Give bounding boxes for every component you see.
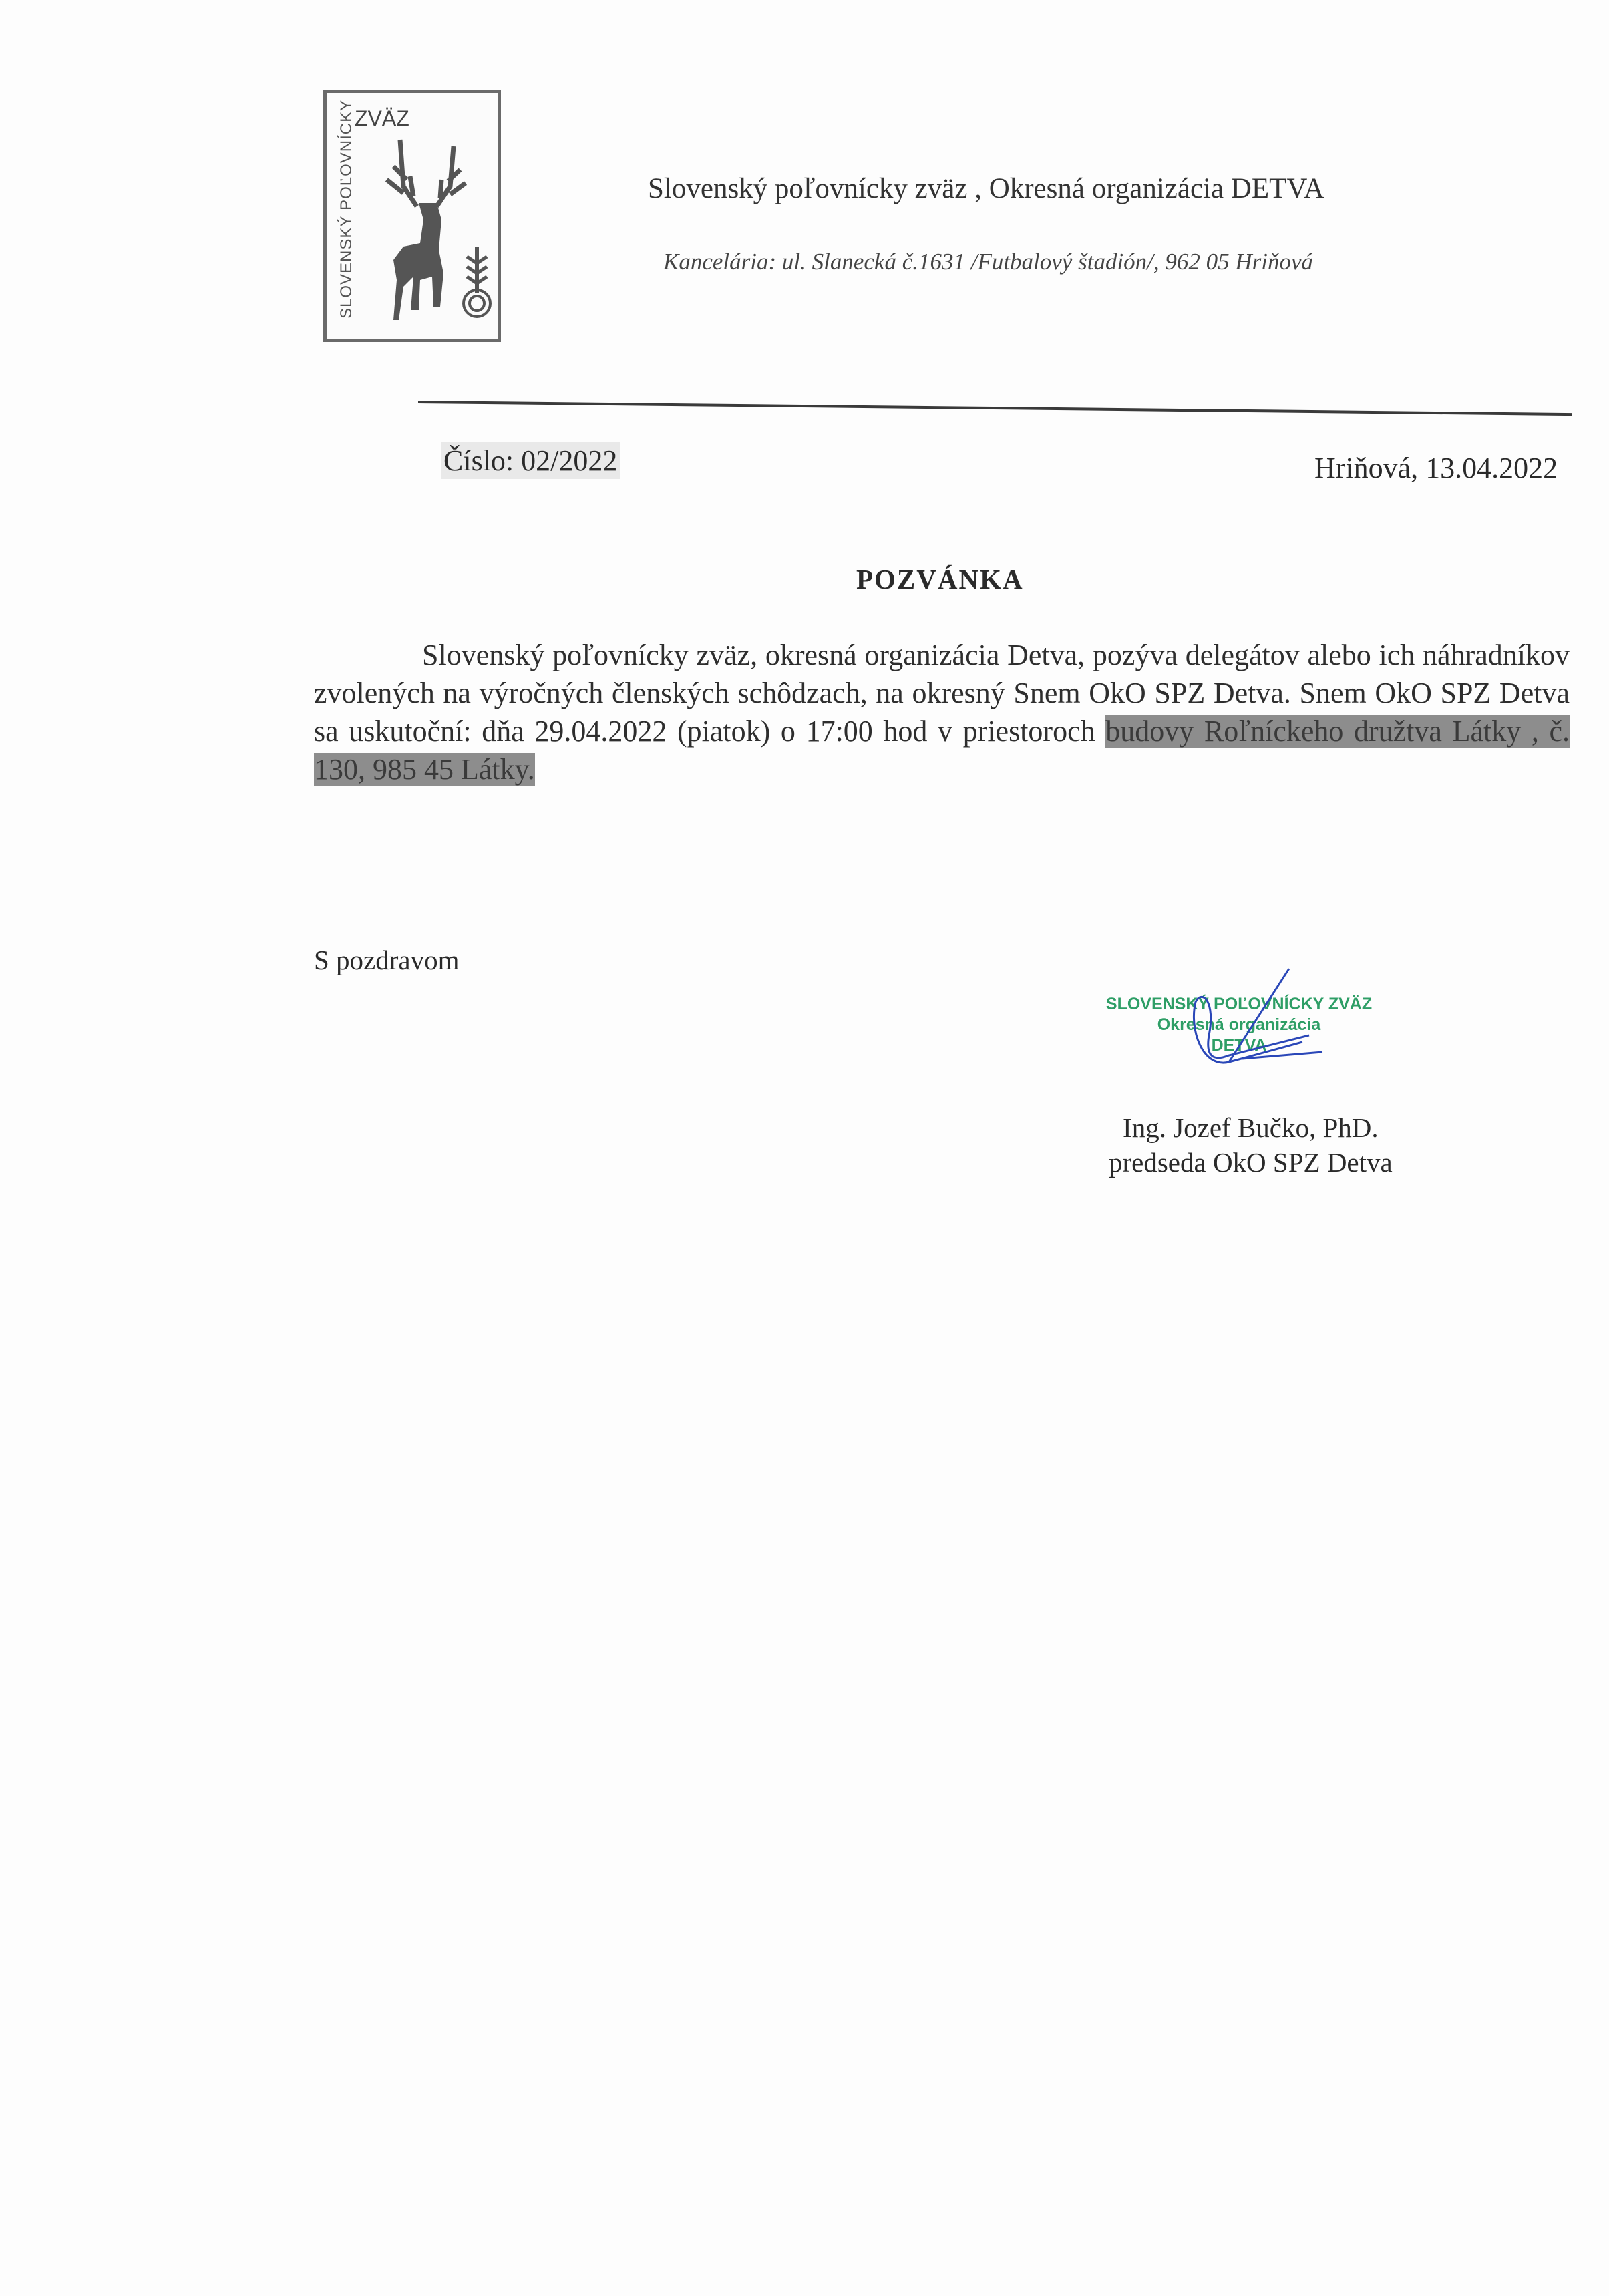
signatory-name: Ing. Jozef Bučko, PhD.: [1109, 1110, 1393, 1145]
document-number: Číslo: 02/2022: [441, 442, 620, 479]
handwritten-signature-icon: [1149, 962, 1349, 1076]
organization-title: Slovenský poľovnícky zväz , Okresná orga…: [648, 172, 1324, 205]
document-heading: POZVÁNKA: [856, 563, 1024, 595]
header-divider: [418, 401, 1572, 416]
stag-emblem-icon: [367, 133, 494, 333]
organization-logo: SLOVENSKÝ POĽOVNÍCKY ZVÄZ: [323, 90, 501, 342]
invitation-body: Slovenský poľovnícky zväz, okresná organ…: [314, 636, 1570, 788]
place-and-date: Hriňová, 13.04.2022: [1314, 451, 1558, 485]
office-address: Kancelária: ul. Slanecká č.1631 /Futbalo…: [663, 249, 1313, 275]
logo-top-text: ZVÄZ: [355, 106, 409, 131]
closing-greeting: S pozdravom: [314, 944, 460, 976]
logo-vertical-text: SLOVENSKÝ POĽOVNÍCKY: [337, 100, 356, 319]
signatory-role: predseda OkO SPZ Detva: [1109, 1145, 1393, 1180]
signatory: Ing. Jozef Bučko, PhD. predseda OkO SPZ …: [1109, 1110, 1393, 1180]
